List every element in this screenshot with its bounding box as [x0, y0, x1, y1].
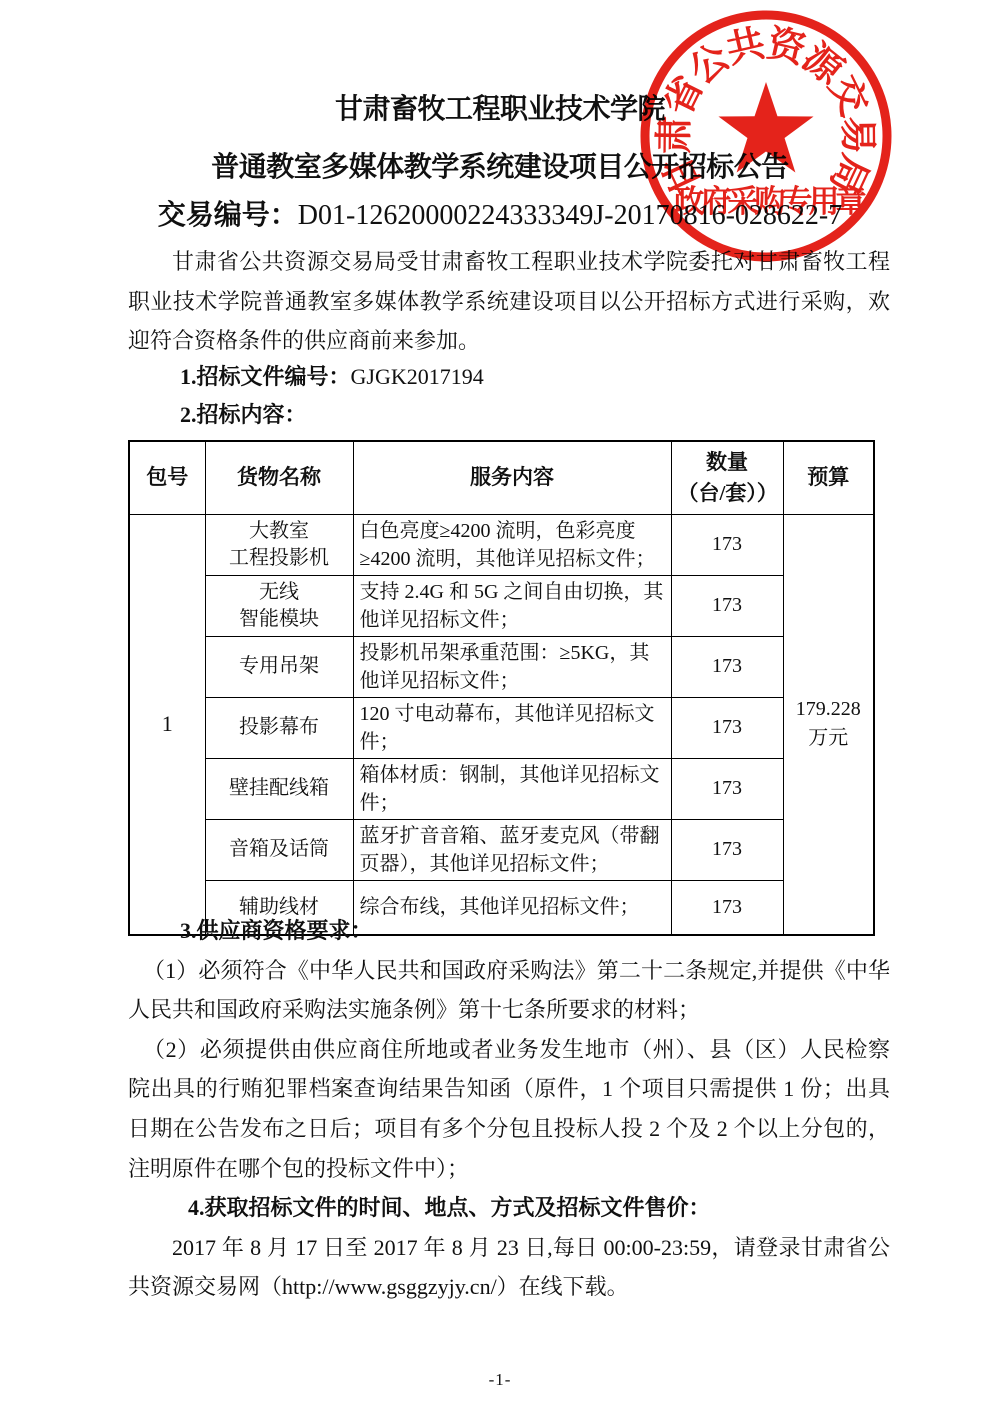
tender-file-number: GJGK2017194 — [351, 364, 484, 389]
goods-name-cell: 无线 智能模块 — [205, 575, 353, 636]
service-cell: 蓝牙扩音音箱、蓝牙麦克风（带翻页器），其他详见招标文件； — [353, 819, 671, 880]
intro-paragraph: 甘肃省公共资源交易局受甘肃畜牧工程职业技术学院委托对甘肃畜牧工程职业技术学院普通… — [128, 242, 890, 361]
document-page: 甘肃畜牧工程职业技术学院 普通教室多媒体教学系统建设项目公开招标公告 交易编号：… — [0, 0, 1000, 1414]
quantity-cell: 173 — [671, 819, 783, 880]
seal-ring-char: 资 — [763, 23, 810, 73]
service-cell: 箱体材质：钢制，其他详见招标文件； — [353, 758, 671, 819]
service-cell: 支持 2.4G 和 5G 之间自由切换，其他详见招标文件； — [353, 575, 671, 636]
quantity-cell: 173 — [671, 636, 783, 697]
download-info-paragraph: 2017 年 8 月 17 日至 2017 年 8 月 23 日,每日 00:0… — [128, 1228, 890, 1307]
quantity-cell: 173 — [671, 758, 783, 819]
tender-content-table: 包号 货物名称 服务内容 数量 （台/套）） 预算 1 大教室 工程投影机 白色… — [128, 440, 875, 936]
table-header-row: 包号 货物名称 服务内容 数量 （台/套）） 预算 — [129, 441, 874, 514]
document-title-line1: 甘肃畜牧工程职业技术学院 — [0, 92, 1000, 128]
header-goods-name: 货物名称 — [205, 441, 353, 514]
goods-name-cell: 投影幕布 — [205, 697, 353, 758]
official-red-seal: 甘 肃 省 公 共 资 源 交 易 局 政府采购专用章 — [626, 0, 906, 276]
section1-label: 1.招标文件编号： — [180, 364, 351, 389]
goods-name-cell: 专用吊架 — [205, 636, 353, 697]
service-cell: 投影机吊架承重范围：≥5KG，其他详见招标文件； — [353, 636, 671, 697]
table-row: 投影幕布 120 寸电动幕布，其他详见招标文件； 173 — [129, 697, 874, 758]
header-budget: 预算 — [783, 441, 874, 514]
header-quantity: 数量 （台/套）） — [671, 441, 783, 514]
table-row: 音箱及话筒 蓝牙扩音音箱、蓝牙麦克风（带翻页器），其他详见招标文件； 173 — [129, 819, 874, 880]
section4-heading: 4.获取招标文件的时间、地点、方式及招标文件售价： — [128, 1188, 890, 1228]
quantity-cell: 173 — [671, 697, 783, 758]
seal-ring-char: 源 — [794, 36, 851, 93]
package-number-cell: 1 — [129, 514, 205, 935]
goods-name-cell: 壁挂配线箱 — [205, 758, 353, 819]
header-package: 包号 — [129, 441, 205, 514]
qualification-item-2: （2）必须提供由供应商住所地或者业务发生地市（州）、县（区）人民检察院出具的行贿… — [128, 1030, 890, 1188]
goods-name-cell: 大教室 工程投影机 — [205, 514, 353, 575]
table-row: 1 大教室 工程投影机 白色亮度≥4200 流明，色彩亮度≥4200 流明，其他… — [129, 514, 874, 575]
page-number: -1- — [0, 1370, 1000, 1390]
service-cell: 白色亮度≥4200 流明，色彩亮度≥4200 流明，其他详见招标文件； — [353, 514, 671, 575]
section2-heading: 2.招标内容： — [128, 395, 890, 435]
document-title-line2: 普通教室多媒体教学系统建设项目公开招标公告 — [0, 150, 1000, 186]
seal-ring-char: 公 — [682, 36, 738, 93]
quantity-cell: 173 — [671, 575, 783, 636]
table-row: 专用吊架 投影机吊架承重范围：≥5KG，其他详见招标文件； 173 — [129, 636, 874, 697]
table-row: 壁挂配线箱 箱体材质：钢制，其他详见招标文件； 173 — [129, 758, 874, 819]
transaction-number-value: D01-12620000224333349J-20170816-028622-7 — [298, 200, 842, 231]
budget-cell: 179.228 万元 — [783, 514, 874, 935]
header-service: 服务内容 — [353, 441, 671, 514]
goods-name-cell: 音箱及话筒 — [205, 819, 353, 880]
quantity-cell: 173 — [671, 514, 783, 575]
table-row: 无线 智能模块 支持 2.4G 和 5G 之间自由切换，其他详见招标文件； 17… — [129, 575, 874, 636]
transaction-number-line: 交易编号：D01-12620000224333349J-20170816-028… — [0, 198, 1000, 234]
seal-ring-char: 共 — [723, 23, 769, 72]
section1-heading: 1.招标文件编号：GJGK2017194 — [128, 357, 890, 397]
transaction-number-label: 交易编号： — [158, 200, 298, 231]
section3-heading: 3.供应商资格要求： — [128, 911, 890, 951]
service-cell: 120 寸电动幕布，其他详见招标文件； — [353, 697, 671, 758]
qualification-item-1: （1）必须符合《中华人民共和国政府采购法》第二十二条规定,并提供《中华人民共和国… — [128, 951, 890, 1030]
lower-sections: 3.供应商资格要求： （1）必须符合《中华人民共和国政府采购法》第二十二条规定,… — [128, 911, 890, 1307]
